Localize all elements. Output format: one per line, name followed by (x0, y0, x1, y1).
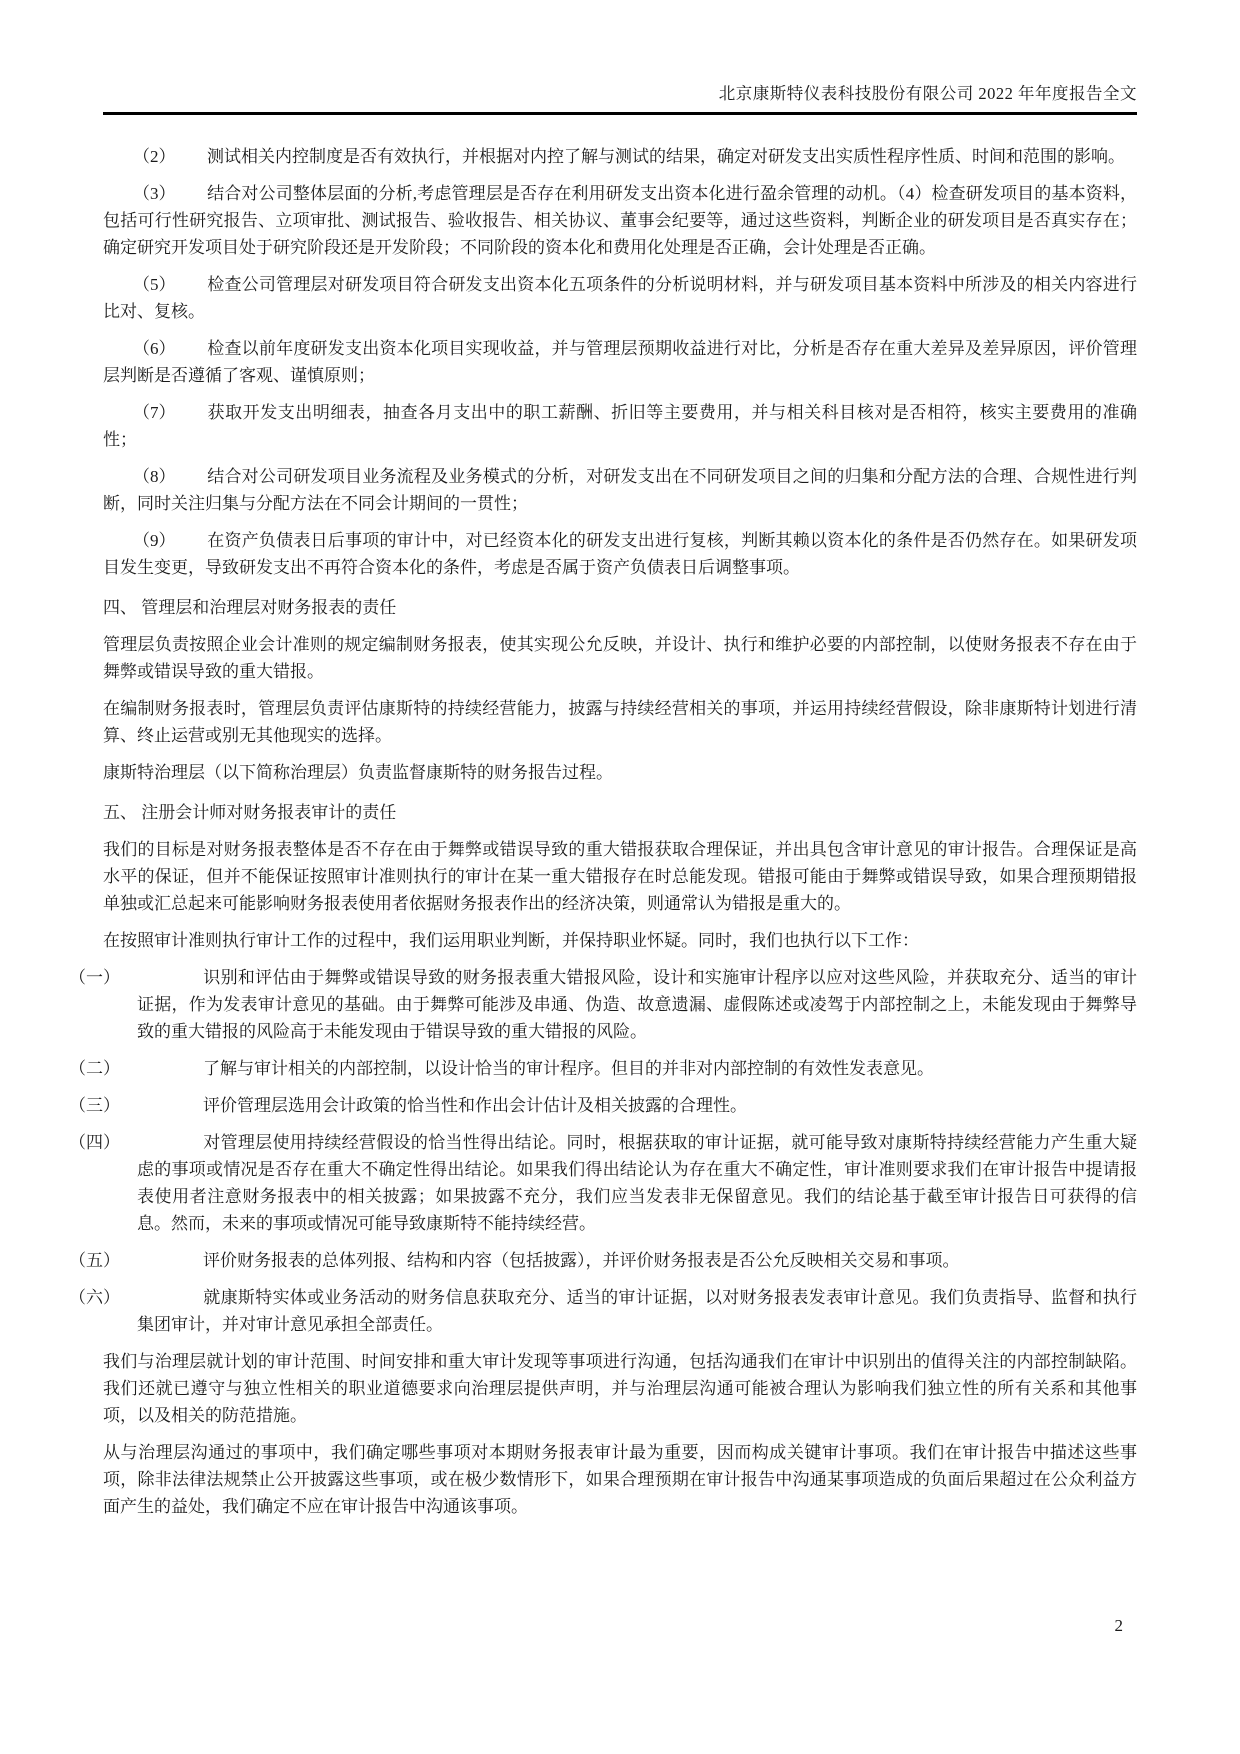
paragraph: 从与治理层沟通过的事项中，我们确定哪些事项对本期财务报表审计最为重要，因而构成关… (103, 1439, 1137, 1520)
list-item-1: （一）识别和评估由于舞弊或错误导致的财务报表重大错报风险，设计和实施审计程序以应… (103, 964, 1137, 1045)
paragraph-text: 结合对公司研发项目业务流程及业务模式的分析，对研发支出在不同研发项目之间的归集和… (103, 467, 1137, 513)
paragraph-marker: （9） (118, 527, 207, 554)
paragraph: 康斯特治理层（以下简称治理层）负责监督康斯特的财务报告过程。 (103, 759, 1137, 786)
report-header-title: 北京康斯特仪表科技股份有限公司 2022 年年度报告全文 (719, 84, 1137, 103)
item-text: 了解与审计相关的内部控制，以设计恰当的审计程序。但目的并非对内部控制的有效性发表… (203, 1059, 934, 1078)
report-page: 北京康斯特仪表科技股份有限公司 2022 年年度报告全文 （2）测试相关内控制度… (0, 0, 1240, 1520)
paragraph-marker: （7） (118, 399, 207, 426)
paragraph-text: 检查公司管理层对研发项目符合研发支出资本化五项条件的分析说明材料，并与研发项目基… (103, 275, 1137, 321)
paragraph-text: 结合对公司整体层面的分析,考虑管理层是否存在利用研发支出资本化进行盈余管理的动机… (103, 184, 1137, 257)
page-number: 2 (1115, 1616, 1124, 1636)
item-text: 识别和评估由于舞弊或错误导致的财务报表重大错报风险，设计和实施审计程序以应对这些… (137, 968, 1137, 1041)
item-marker: （二） (103, 1055, 203, 1082)
paragraph: 在按照审计准则执行审计工作的过程中，我们运用职业判断，并保持职业怀疑。同时，我们… (103, 927, 1137, 954)
item-marker: （四） (103, 1129, 203, 1156)
item-text: 评价管理层选用会计政策的恰当性和作出会计估计及相关披露的合理性。 (203, 1096, 747, 1115)
paragraph-text: 测试相关内控制度是否有效执行，并根据对内控了解与测试的结果，确定对研发支出实质性… (207, 147, 1125, 166)
numbered-paragraph-6: （6）检查以前年度研发支出资本化项目实现收益，并与管理层预期收益进行对比，分析是… (103, 335, 1137, 389)
item-text: 评价财务报表的总体列报、结构和内容（包括披露），并评价财务报表是否公允反映相关交… (203, 1251, 960, 1270)
item-marker: （三） (103, 1092, 203, 1119)
report-header: 北京康斯特仪表科技股份有限公司 2022 年年度报告全文 (103, 0, 1137, 115)
item-text: 就康斯特实体或业务活动的财务信息获取充分、适当的审计证据，以对财务报表发表审计意… (137, 1288, 1137, 1334)
list-item-2: （二）了解与审计相关的内部控制，以设计恰当的审计程序。但目的并非对内部控制的有效… (103, 1055, 1137, 1082)
section-heading-4: 四、 管理层和治理层对财务报表的责任 (103, 594, 1137, 621)
paragraph: 我们与治理层就计划的审计范围、时间安排和重大审计发现等事项进行沟通，包括沟通我们… (103, 1348, 1137, 1429)
numbered-paragraph-8: （8）结合对公司研发项目业务流程及业务模式的分析，对研发支出在不同研发项目之间的… (103, 463, 1137, 517)
item-marker: （五） (103, 1247, 203, 1274)
paragraph-marker: （2） (118, 143, 207, 170)
paragraph-marker: （6） (118, 335, 207, 362)
paragraph-marker: （3） (118, 180, 207, 207)
list-item-6: （六）就康斯特实体或业务活动的财务信息获取充分、适当的审计证据，以对财务报表发表… (103, 1284, 1137, 1338)
paragraph-text: 在资产负债表日后事项的审计中，对已经资本化的研发支出进行复核，判断其赖以资本化的… (103, 531, 1137, 577)
section-heading-5: 五、 注册会计师对财务报表审计的责任 (103, 799, 1137, 826)
paragraph-marker: （5） (118, 271, 207, 298)
paragraph: 管理层负责按照企业会计准则的规定编制财务报表，使其实现公允反映，并设计、执行和维… (103, 631, 1137, 685)
item-text: 对管理层使用持续经营假设的恰当性得出结论。同时，根据获取的审计证据，就可能导致对… (137, 1133, 1137, 1233)
item-marker: （一） (103, 964, 203, 991)
paragraph-marker: （8） (118, 463, 207, 490)
list-item-5: （五）评价财务报表的总体列报、结构和内容（包括披露），并评价财务报表是否公允反映… (103, 1247, 1137, 1274)
item-marker: （六） (103, 1284, 203, 1311)
list-item-3: （三）评价管理层选用会计政策的恰当性和作出会计估计及相关披露的合理性。 (103, 1092, 1137, 1119)
list-item-4: （四）对管理层使用持续经营假设的恰当性得出结论。同时，根据获取的审计证据，就可能… (103, 1129, 1137, 1237)
numbered-paragraph-9: （9）在资产负债表日后事项的审计中，对已经资本化的研发支出进行复核，判断其赖以资… (103, 527, 1137, 581)
paragraph-text: 检查以前年度研发支出资本化项目实现收益，并与管理层预期收益进行对比，分析是否存在… (103, 339, 1137, 385)
paragraph: 我们的目标是对财务报表整体是否不存在由于舞弊或错误导致的重大错报获取合理保证，并… (103, 836, 1137, 917)
paragraph-text: 获取开发支出明细表，抽查各月支出中的职工薪酬、折旧等主要费用，并与相关科目核对是… (103, 403, 1137, 449)
numbered-paragraph-3: （3）结合对公司整体层面的分析,考虑管理层是否存在利用研发支出资本化进行盈余管理… (103, 180, 1137, 261)
audit-report-body: （2）测试相关内控制度是否有效执行，并根据对内控了解与测试的结果，确定对研发支出… (103, 115, 1137, 1520)
numbered-paragraph-2: （2）测试相关内控制度是否有效执行，并根据对内控了解与测试的结果，确定对研发支出… (103, 143, 1137, 170)
paragraph: 在编制财务报表时，管理层负责评估康斯特的持续经营能力，披露与持续经营相关的事项，… (103, 695, 1137, 749)
numbered-paragraph-5: （5）检查公司管理层对研发项目符合研发支出资本化五项条件的分析说明材料，并与研发… (103, 271, 1137, 325)
numbered-paragraph-7: （7）获取开发支出明细表，抽查各月支出中的职工薪酬、折旧等主要费用，并与相关科目… (103, 399, 1137, 453)
